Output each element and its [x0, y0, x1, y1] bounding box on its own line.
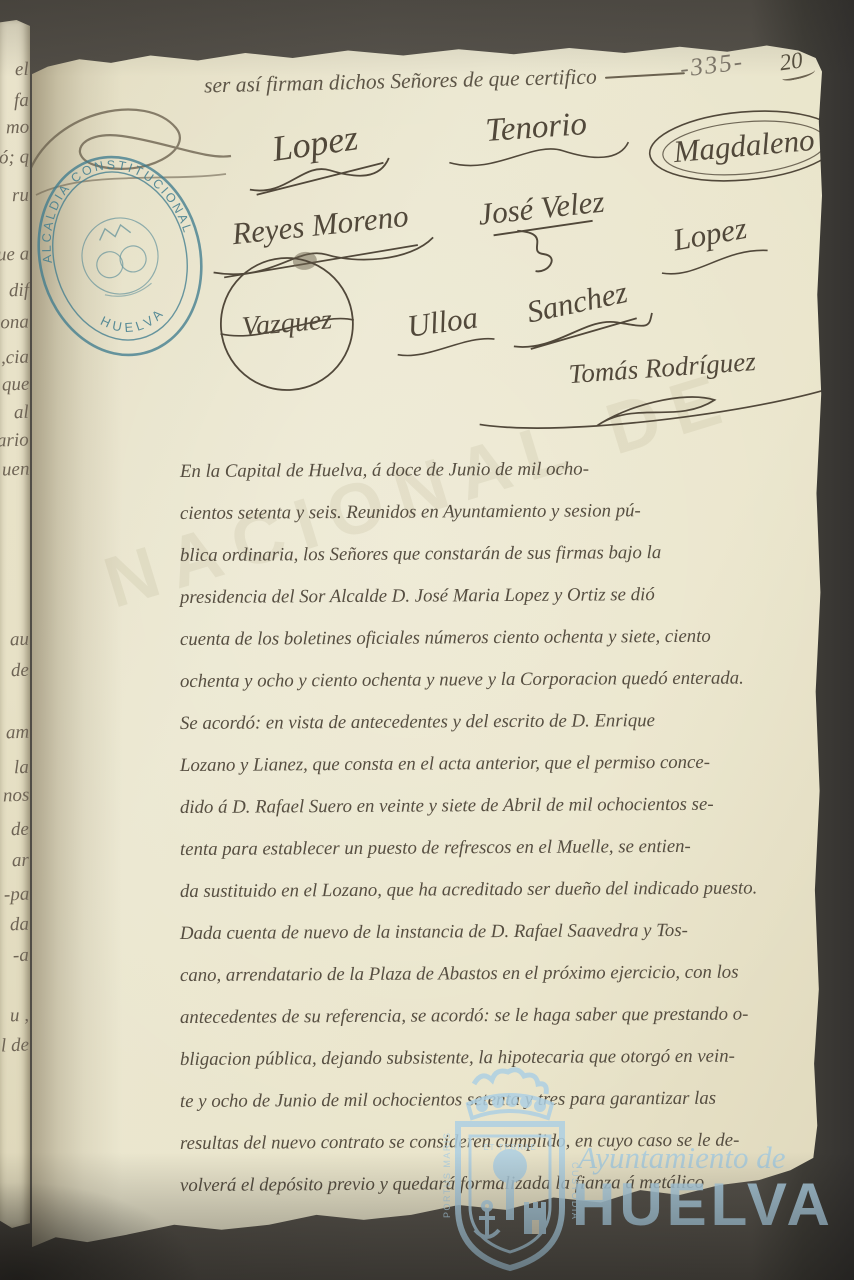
margin-fragment: nos	[2, 784, 29, 809]
body-line-3: blica ordinaria, los Señores que constar…	[180, 531, 840, 577]
signature-sanchez: Sanchez	[500, 269, 660, 363]
body-line-15: bligacion pública, dejando subsistente, …	[180, 1035, 840, 1081]
body-line-12: Dada cuenta de nuevo de la instancia de …	[180, 909, 840, 955]
margin-fragment: ar	[12, 849, 30, 874]
signature-jose-velez: José Velez	[476, 184, 611, 285]
margin-fragment: mo	[5, 116, 29, 141]
margin-fragment: ó; q	[0, 145, 29, 170]
body-line-16: te y ocho de Junio de mil ochocientos se…	[180, 1077, 840, 1123]
margin-fragment: ru	[12, 184, 30, 209]
signature-lopez-2: Lopez	[648, 206, 777, 286]
margin-fragment: ario	[0, 428, 29, 453]
body-line-17: resultas del nuevo contrato se considere…	[180, 1119, 840, 1165]
certification-line: ser así firman dichos Señores de que cer…	[204, 63, 685, 99]
margin-fragment: de	[11, 659, 30, 684]
body-line-1: En la Capital de Huelva, á doce de Junio…	[180, 447, 840, 493]
body-line-10: tenta para establecer un puesto de refre…	[180, 825, 840, 871]
body-line-13: cano, arrendatario de la Plaza de Abasto…	[180, 951, 840, 997]
body-line-2: cientos setenta y seis. Reunidos en Ayun…	[180, 489, 840, 535]
margin-fragment: el	[15, 58, 30, 82]
folio-number-ink: 20	[778, 46, 816, 81]
margin-fragment: uen	[1, 458, 29, 483]
scanned-document-page: el fa mo ó; q ru ue a dif iona cia, que …	[0, 0, 854, 1280]
flourish-dash	[605, 72, 685, 79]
body-line-14: antecedentes de su referencia, se acordó…	[180, 993, 840, 1039]
margin-fragment: pa-	[3, 883, 29, 908]
margin-fragment: am	[5, 721, 29, 746]
margin-fragment: que	[1, 373, 29, 398]
margin-fragment: l de	[1, 1034, 30, 1059]
certification-text: ser así firman dichos Señores de que cer…	[204, 65, 597, 98]
body-line-8: Lozano y Lianez, que consta en el acta a…	[180, 741, 840, 787]
margin-fragment: la	[14, 756, 30, 781]
body-line-5: cuenta de los boletines oficiales número…	[180, 615, 840, 661]
margin-fragment: ue a	[0, 242, 29, 267]
previous-page-edge: el fa mo ó; q ru ue a dif iona cia, que …	[0, 20, 30, 1228]
folio-number-pencil: -335-	[679, 48, 746, 84]
body-line-11: da sustituido en el Lozano, que ha acred…	[180, 867, 840, 913]
signature-name: Vazquez	[241, 304, 334, 344]
margin-fragment: dif	[9, 279, 30, 304]
body-line-7: Se acordó: en vista de antecedentes y de…	[180, 699, 840, 745]
signature-name: Magdaleno	[672, 122, 816, 170]
margin-fragment: cia,	[1, 346, 30, 371]
body-line-4: presidencia del Sor Alcalde D. José Mari…	[180, 573, 840, 619]
body-line-6: ochenta y ocho y ciento ochenta y nueve …	[180, 657, 840, 703]
document-body: En la Capital de Huelva, á doce de Junio…	[180, 449, 840, 1205]
margin-fragment: au	[10, 628, 30, 653]
margin-fragment: da	[10, 913, 30, 938]
margin-fragment: al	[14, 401, 30, 426]
margin-fragment: , u	[10, 1004, 30, 1029]
margin-fragment: a-	[13, 944, 30, 969]
body-line-18: volverá el depósito previo y quedará for…	[180, 1161, 840, 1207]
signature-lopez-1: Lopez	[238, 112, 396, 202]
signature-magdaleno: Magdaleno	[672, 122, 816, 170]
signature-tenorio: Tenorio	[440, 103, 634, 177]
signature-vazquez: Vazquez	[241, 304, 334, 344]
signature-reyes-moreno: Reyes Moreno	[204, 195, 440, 289]
margin-fragment: iona	[0, 310, 29, 335]
margin-fragment: fa	[14, 89, 30, 114]
margin-fragment: de	[11, 818, 30, 843]
manuscript-page: NACIONAL DE -335- 20 ser así firman dich…	[32, 22, 822, 1262]
body-line-9: dido á D. Rafael Suero en veinte y siete…	[180, 783, 840, 829]
signature-illegible: Ulloa	[386, 297, 503, 368]
